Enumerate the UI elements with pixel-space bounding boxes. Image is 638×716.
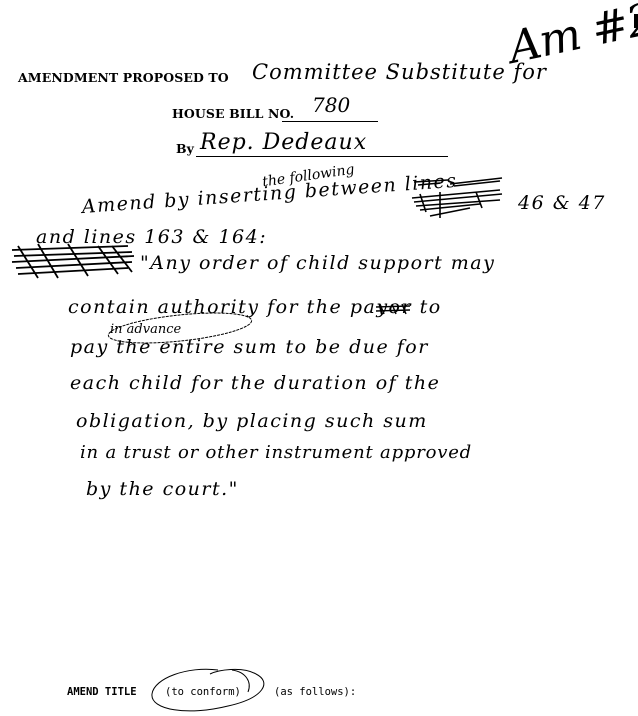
bill-no-value: 780: [312, 93, 350, 117]
strikethrough-scribble-3: [374, 302, 414, 316]
body-line-3: "Any order of child support may: [140, 252, 495, 274]
bill-no-label: HOUSE BILL NO.: [172, 106, 294, 121]
strikethrough-scribble: [410, 172, 510, 222]
as-follows-option: (as follows):: [274, 686, 356, 698]
proposed-to-value: Committee Substitute for: [252, 60, 547, 84]
by-label: By: [176, 141, 194, 156]
body-line-8: in a trust or other instrument approved: [80, 442, 472, 463]
body-line-7: obligation, by placing such sum: [76, 410, 428, 432]
sponsor-name: Rep. Dedeaux: [200, 130, 367, 155]
strikethrough-scribble-2: [8, 242, 138, 282]
bill-no-field-line: [282, 121, 378, 122]
body-line-5: pay the entire sum to be due for: [70, 336, 429, 358]
conform-circle: [148, 660, 272, 716]
inserted-text: in advance: [110, 322, 181, 337]
line-numbers-46-47: 46 & 47: [518, 192, 606, 214]
amend-title-label: AMEND TITLE: [67, 686, 137, 698]
body-line-6: each child for the duration of the: [70, 372, 440, 394]
proposed-to-label: AMENDMENT PROPOSED TO: [18, 70, 229, 85]
by-field-line: [196, 156, 448, 157]
body-line-9: by the court.": [86, 478, 239, 500]
